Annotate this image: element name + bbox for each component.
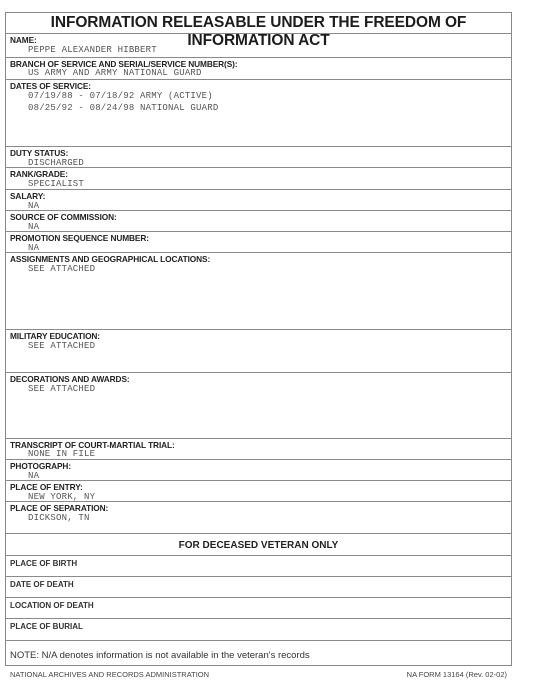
field-place-of-burial: PLACE OF BURIAL	[6, 619, 511, 641]
note-row: NOTE: N/A denotes information is not ava…	[6, 641, 511, 667]
field-dates-of-service: DATES OF SERVICE: 07/19/88 - 07/18/92 AR…	[6, 80, 511, 147]
field-label: LOCATION OF DEATH	[10, 601, 94, 610]
field-photograph: PHOTOGRAPH: NA	[6, 460, 511, 481]
field-value: NA	[28, 243, 39, 253]
field-label: RANK/GRADE:	[10, 169, 68, 179]
field-value: NA	[28, 471, 39, 481]
section-title: FOR DECEASED VETERAN ONLY	[6, 540, 511, 551]
field-label: DATE OF DEATH	[10, 580, 74, 589]
field-value: NEW YORK, NY	[28, 492, 95, 502]
note-text: NOTE: N/A denotes information is not ava…	[10, 650, 310, 661]
field-label: PLACE OF ENTRY:	[10, 482, 83, 492]
field-value: SEE ATTACHED	[28, 384, 95, 394]
field-label: DUTY STATUS:	[10, 148, 68, 158]
field-place-of-separation: PLACE OF SEPARATION: DICKSON, TN	[6, 502, 511, 534]
field-label: SOURCE OF COMMISSION:	[10, 212, 117, 222]
field-name: NAME: PEPPE ALEXANDER HIBBERT	[6, 34, 511, 58]
field-label: PROMOTION SEQUENCE NUMBER:	[10, 233, 149, 243]
field-value: US ARMY AND ARMY NATIONAL GUARD	[28, 68, 202, 78]
deceased-section-header: FOR DECEASED VETERAN ONLY	[6, 534, 511, 556]
field-value: NA	[28, 201, 39, 211]
field-value: PEPPE ALEXANDER HIBBERT	[28, 45, 157, 55]
field-place-of-entry: PLACE OF ENTRY: NEW YORK, NY	[6, 481, 511, 502]
footer-agency: NATIONAL ARCHIVES AND RECORDS ADMINISTRA…	[10, 670, 209, 679]
footer-form-number: NA FORM 13164 (Rev. 02-02)	[407, 670, 507, 679]
field-assignments: ASSIGNMENTS AND GEOGRAPHICAL LOCATIONS: …	[6, 253, 511, 330]
field-promotion-sequence-number: PROMOTION SEQUENCE NUMBER: NA	[6, 232, 511, 253]
field-branch-of-service: BRANCH OF SERVICE AND SERIAL/SERVICE NUM…	[6, 58, 511, 80]
field-label: PHOTOGRAPH:	[10, 461, 71, 471]
field-value: 07/19/88 - 07/18/92 ARMY (ACTIVE)	[28, 91, 213, 101]
field-label: ASSIGNMENTS AND GEOGRAPHICAL LOCATIONS:	[10, 254, 210, 264]
field-label: PLACE OF BIRTH	[10, 559, 77, 568]
field-value: SEE ATTACHED	[28, 341, 95, 351]
field-place-of-birth: PLACE OF BIRTH	[6, 556, 511, 577]
field-label: SALARY:	[10, 191, 45, 201]
field-salary: SALARY: NA	[6, 190, 511, 211]
field-rank-grade: RANK/GRADE: SPECIALIST	[6, 168, 511, 190]
field-location-of-death: LOCATION OF DEATH	[6, 598, 511, 619]
field-date-of-death: DATE OF DEATH	[6, 577, 511, 598]
field-label: PLACE OF SEPARATION:	[10, 503, 108, 513]
field-value: SEE ATTACHED	[28, 264, 95, 274]
field-label: MILITARY EDUCATION:	[10, 331, 100, 341]
field-label: DECORATIONS AND AWARDS:	[10, 374, 130, 384]
field-value: NONE IN FILE	[28, 449, 95, 459]
field-court-martial-transcript: TRANSCRIPT OF COURT-MARTIAL TRIAL: NONE …	[6, 439, 511, 460]
field-decorations-and-awards: DECORATIONS AND AWARDS: SEE ATTACHED	[6, 373, 511, 439]
field-value: 08/25/92 - 08/24/98 NATIONAL GUARD	[28, 103, 218, 113]
field-value: NA	[28, 222, 39, 232]
field-source-of-commission: SOURCE OF COMMISSION: NA	[6, 211, 511, 232]
field-label: NAME:	[10, 35, 37, 45]
foia-release-form: INFORMATION RELEASABLE UNDER THE FREEDOM…	[5, 12, 512, 666]
field-label: PLACE OF BURIAL	[10, 622, 83, 631]
field-label: DATES OF SERVICE:	[10, 81, 91, 91]
field-value: DISCHARGED	[28, 158, 84, 168]
form-title: INFORMATION RELEASABLE UNDER THE FREEDOM…	[6, 13, 511, 34]
field-duty-status: DUTY STATUS: DISCHARGED	[6, 147, 511, 168]
field-military-education: MILITARY EDUCATION: SEE ATTACHED	[6, 330, 511, 373]
field-value: SPECIALIST	[28, 179, 84, 189]
field-value: DICKSON, TN	[28, 513, 90, 523]
